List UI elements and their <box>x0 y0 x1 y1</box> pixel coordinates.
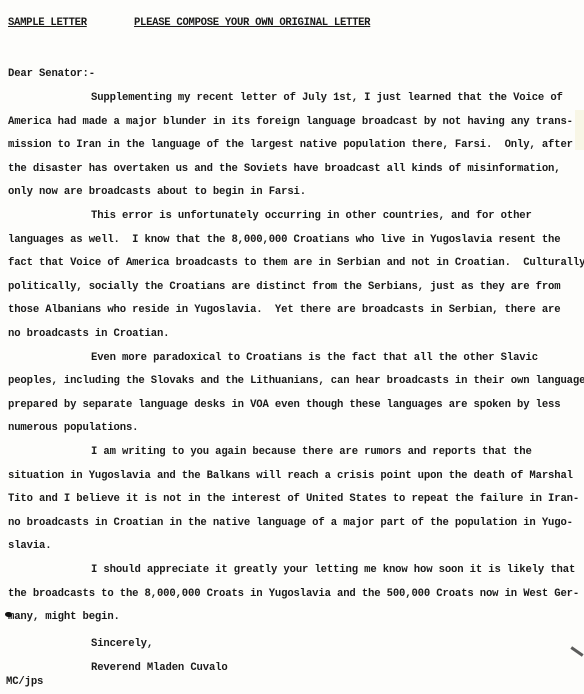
letter-line: America had made a major blunder in its … <box>8 115 573 129</box>
letter-line: situation in Yugoslavia and the Balkans … <box>8 469 573 483</box>
letter-line: politically, socially the Croatians are … <box>8 280 560 294</box>
ink-blot <box>5 612 12 617</box>
letter-line: languages as well. I know that the 8,000… <box>8 233 560 247</box>
closing: Sincerely, <box>91 637 153 651</box>
letter-line: Tito and I believe it is not in the inte… <box>8 492 579 506</box>
letter-line: many, might begin. <box>8 610 120 624</box>
signature: Reverend Mladen Cuvalo <box>91 661 228 675</box>
letter-line: peoples, including the Slovaks and the L… <box>8 374 584 388</box>
letter-line: no broadcasts in Croatian. <box>8 327 169 341</box>
letter-line: Supplementing my recent letter of July 1… <box>91 91 563 105</box>
letter-line: the disaster has overtaken us and the So… <box>8 162 560 176</box>
letter-line: no broadcasts in Croatian in the native … <box>8 516 573 530</box>
letter-page: SAMPLE LETTER PLEASE COMPOSE YOUR OWN OR… <box>0 0 584 694</box>
page-edge-stain <box>575 110 584 150</box>
letter-line: Even more paradoxical to Croatians is th… <box>91 351 538 365</box>
compose-original-heading: PLEASE COMPOSE YOUR OWN ORIGINAL LETTER <box>134 17 370 29</box>
letter-line: mission to Iran in the language of the l… <box>8 138 573 152</box>
letter-line: only now are broadcasts about to begin i… <box>8 185 306 199</box>
letter-line: prepared by separate language desks in V… <box>8 398 560 412</box>
letter-line: those Albanians who reside in Yugoslavia… <box>8 303 560 317</box>
reference-initials: MC/jps <box>6 675 43 689</box>
letter-line: I am writing to you again because there … <box>91 445 532 459</box>
letter-line: fact that Voice of America broadcasts to… <box>8 256 584 270</box>
letter-line: slavia. <box>8 539 51 553</box>
sample-letter-heading: SAMPLE LETTER <box>8 17 87 29</box>
letter-line: I should appreciate it greatly your lett… <box>91 563 575 577</box>
letter-line: This error is unfortunately occurring in… <box>91 209 532 223</box>
page-edge-mark <box>570 646 583 656</box>
letter-line: numerous populations. <box>8 421 138 435</box>
letter-line: the broadcasts to the 8,000,000 Croats i… <box>8 587 579 601</box>
salutation: Dear Senator:- <box>8 67 95 81</box>
